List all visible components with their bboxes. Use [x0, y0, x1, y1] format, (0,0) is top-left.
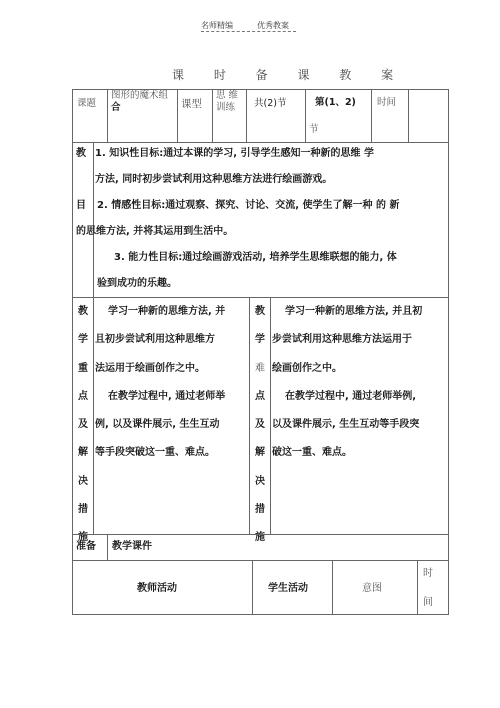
objectives-label-mu: 目: [76, 200, 86, 212]
topic-value-line1: 图形的魔术组: [111, 90, 168, 102]
student-activity-header: 学生活动: [268, 583, 308, 595]
objectives-label-jiao: 教: [76, 148, 86, 160]
objective-line: 验到成功的乐趣。: [97, 278, 177, 290]
divider: [417, 560, 418, 615]
preparation-label: 准备: [76, 541, 96, 553]
page-header: 名师精编优秀教案: [201, 20, 289, 31]
objectives-section: [72, 142, 449, 298]
time-header-line2: 间: [423, 597, 433, 609]
divider: [246, 89, 247, 143]
objective-line: 1. 知识性目标:通过本课的学习, 引导学生感知一种新的思维 学: [95, 148, 374, 160]
divider: [93, 142, 94, 298]
objective-line: 的思维方法, 并将其运用到生活中。: [76, 226, 233, 238]
header-left: 名师精编: [201, 20, 233, 31]
intent-header: 意图: [362, 583, 382, 595]
type-label: 课型: [181, 98, 202, 110]
header-divider: [201, 31, 296, 32]
divider: [270, 297, 271, 535]
type-value-line2: 训练: [216, 102, 235, 114]
topic-value-line2: 合: [111, 102, 121, 114]
divider: [408, 89, 409, 143]
divider: [107, 534, 108, 561]
lesson-number-line1: 第(1、2): [315, 97, 356, 109]
difficult-points-content: 学习一种新的思维方法, 并且初 步尝试利用这种思维方法运用于 绘画创作之中。 在…: [272, 298, 422, 468]
divider: [212, 89, 213, 143]
time-label: 时间: [377, 97, 396, 109]
divider: [252, 560, 253, 615]
objective-line: 3. 能力性目标:通过绘画游戏活动, 培养学生思维联想的能力, 体: [114, 252, 397, 264]
divider: [332, 560, 333, 615]
lesson-number-line2: 节: [309, 124, 319, 136]
key-points-label: 教 学 重 点 及 解 决 措 施: [73, 298, 93, 553]
header-right: 优秀教案: [257, 20, 289, 31]
divider: [93, 297, 94, 535]
divider: [107, 89, 108, 143]
total-lessons: 共(2)节: [254, 98, 286, 110]
activity-header-row: [72, 560, 449, 615]
divider: [305, 89, 306, 143]
key-points-content: 学习一种新的思维方法, 并 且初步尝试利用这种思维方 法运用于绘画创作之中。 在…: [95, 298, 225, 468]
teacher-activity-header: 教师活动: [137, 583, 177, 595]
difficult-points-label: 教 学 难 点 及 解 决 措 施: [250, 298, 270, 553]
divider: [177, 89, 178, 143]
type-value-line1: 思 维: [216, 90, 238, 102]
document-title: 课 时 备 课 教 案: [172, 66, 406, 83]
time-header-line1: 时: [423, 568, 433, 580]
divider: [371, 89, 372, 143]
preparation-value: 教学课件: [112, 541, 152, 553]
objective-line: 方法, 同时初步尝试利用这种思维方法进行绘画游戏。: [95, 174, 332, 186]
topic-label: 课题: [77, 98, 96, 110]
objective-line: 2. 情感性目标:通过观察、探究、讨论、交流, 使学生了解一种 的 新: [97, 200, 399, 212]
